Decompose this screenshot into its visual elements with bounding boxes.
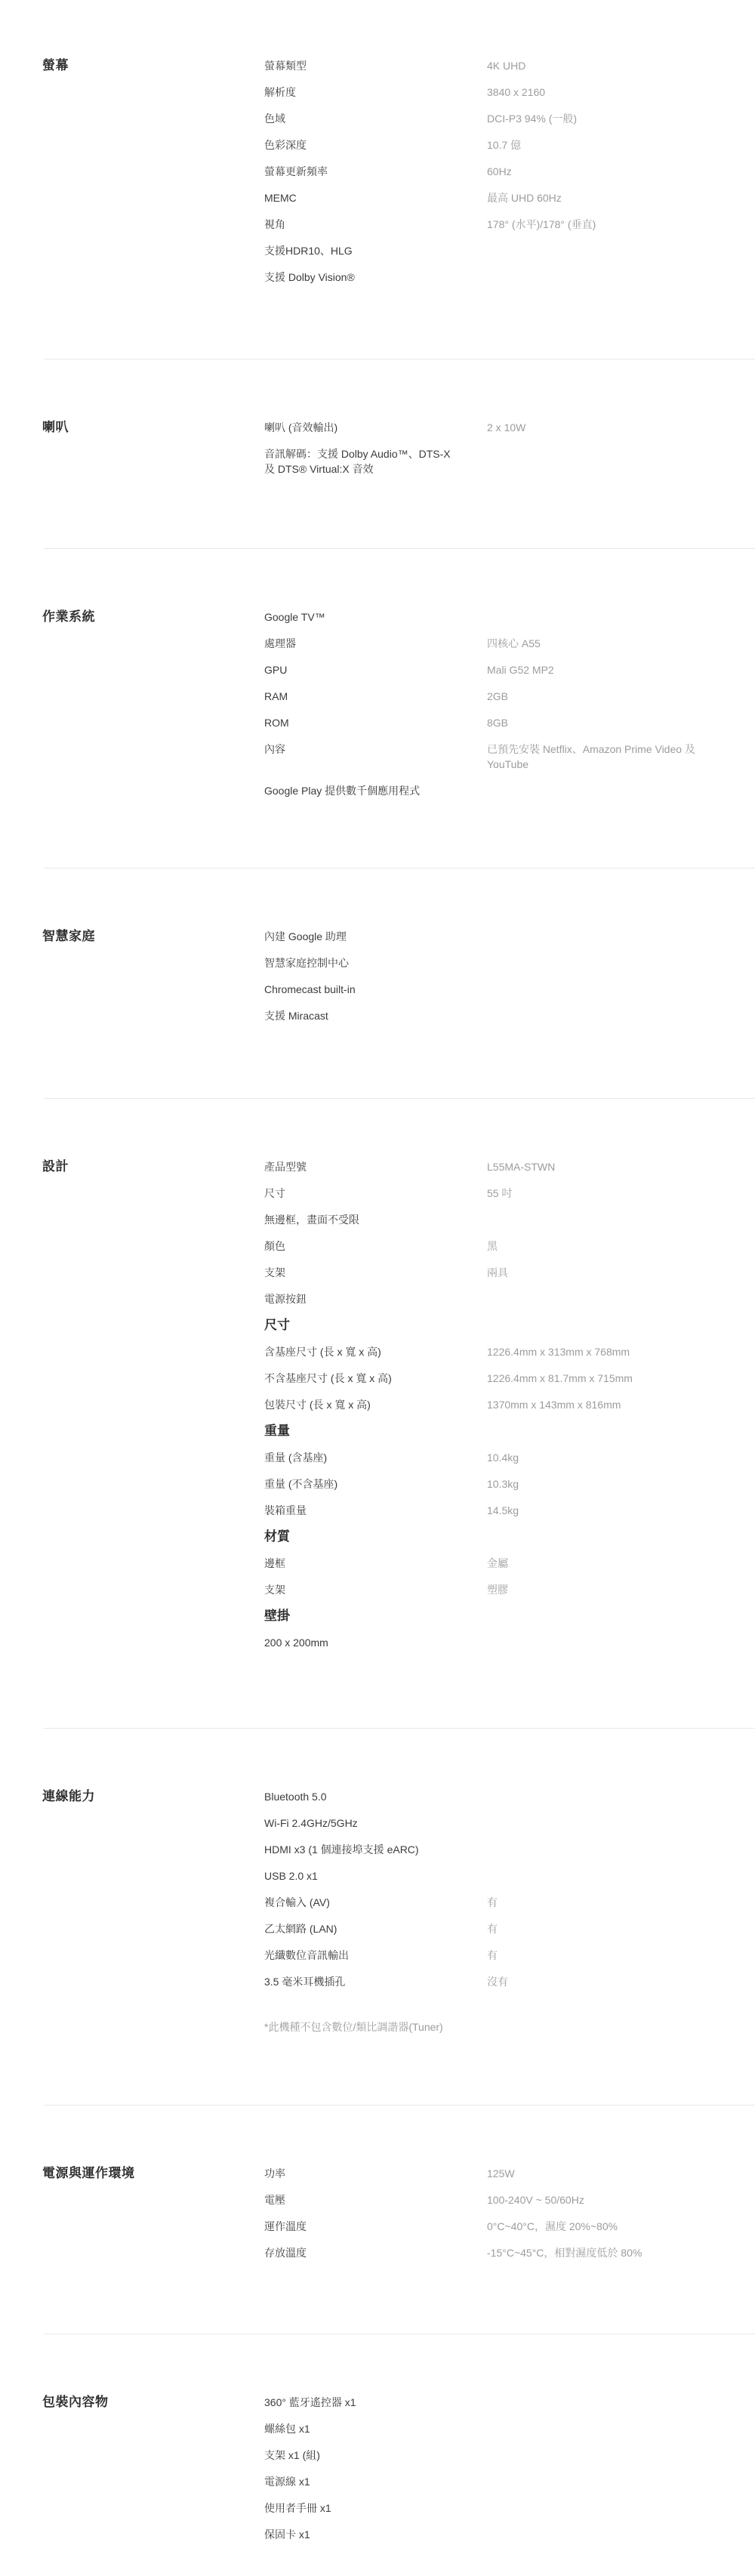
spec-value: 塑膠 bbox=[487, 1582, 713, 1597]
spec-row: 色域DCI-P3 94% (一般) bbox=[264, 111, 732, 126]
spec-label: 視角 bbox=[264, 217, 487, 232]
spec-row: 使用者手冊 x1 bbox=[264, 2500, 732, 2516]
spec-subheading-row: 壁掛 bbox=[264, 1609, 732, 1624]
spec-value: 1370mm x 143mm x 816mm bbox=[487, 1397, 713, 1412]
spec-value: 1226.4mm x 313mm x 768mm bbox=[487, 1344, 713, 1359]
spec-value: 已預先安裝 Netflix、Amazon Prime Video 及 YouTu… bbox=[487, 742, 713, 772]
spec-row: Google Play 提供數千個應用程式 bbox=[264, 783, 732, 798]
spec-row: Wi-Fi 2.4GHz/5GHz bbox=[264, 1816, 732, 1831]
section-connectivity: 連線能力Bluetooth 5.0Wi-Fi 2.4GHz/5GHzHDMI x… bbox=[0, 1729, 755, 2105]
spec-label: RAM bbox=[264, 689, 487, 704]
spec-row: 支架塑膠 bbox=[264, 1582, 732, 1597]
spec-value: 100-240V ~ 50/60Hz bbox=[487, 2192, 713, 2207]
spec-label: 重量 (含基座) bbox=[264, 1450, 487, 1465]
spec-label: 使用者手冊 x1 bbox=[264, 2500, 487, 2516]
spec-value: 60Hz bbox=[487, 164, 713, 179]
section-package-contents: 包裝內容物360° 藍牙遙控器 x1螺絲包 x1支架 x1 (組)電源線 x1使… bbox=[0, 2334, 755, 2570]
spec-row: 支架 x1 (組) bbox=[264, 2448, 732, 2463]
spec-label: 功率 bbox=[264, 2166, 487, 2181]
spec-label: 乙太網路 (LAN) bbox=[264, 1921, 487, 1936]
spec-label: 支援 Miracast bbox=[264, 1008, 487, 1023]
spec-label: 螢幕類型 bbox=[264, 58, 487, 73]
spec-label: 包裝尺寸 (長 x 寬 x 高) bbox=[264, 1397, 487, 1412]
section-title: 螢幕 bbox=[42, 58, 69, 73]
spec-row: Chromecast built-in bbox=[264, 982, 732, 997]
spec-value: 3840 x 2160 bbox=[487, 85, 713, 100]
spec-subheading: 材質 bbox=[264, 1529, 290, 1544]
spec-value: 最高 UHD 60Hz bbox=[487, 190, 713, 205]
spec-value: 1226.4mm x 81.7mm x 715mm bbox=[487, 1371, 713, 1386]
spec-label: 含基座尺寸 (長 x 寬 x 高) bbox=[264, 1344, 487, 1359]
spec-label: 內建 Google 助理 bbox=[264, 929, 487, 944]
spec-row: 無邊框，畫面不受限 bbox=[264, 1212, 732, 1227]
spec-value: 178° (水平)/178° (垂直) bbox=[487, 217, 713, 232]
spec-value: 金屬 bbox=[487, 1556, 713, 1571]
spec-value: 0°C~40°C，濕度 20%~80% bbox=[487, 2219, 713, 2234]
spec-value: 四核心 A55 bbox=[487, 636, 713, 651]
spec-label: Bluetooth 5.0 bbox=[264, 1789, 487, 1804]
spec-rows: Bluetooth 5.0Wi-Fi 2.4GHz/5GHzHDMI x3 (1… bbox=[264, 1789, 732, 2035]
spec-rows: 內建 Google 助理智慧家庭控制中心Chromecast built-in支… bbox=[264, 929, 732, 1023]
spec-label: 螢幕更新頻率 bbox=[264, 164, 487, 179]
spec-label: Google Play 提供數千個應用程式 bbox=[264, 783, 487, 798]
spec-label: 裝箱重量 bbox=[264, 1503, 487, 1518]
spec-rows: 360° 藍牙遙控器 x1螺絲包 x1支架 x1 (組)電源線 x1使用者手冊 … bbox=[264, 2395, 732, 2542]
spec-row: 保固卡 x1 bbox=[264, 2527, 732, 2542]
section-title: 設計 bbox=[42, 1159, 69, 1174]
spec-subheading-row: 尺寸 bbox=[264, 1318, 732, 1333]
spec-value: 黑 bbox=[487, 1239, 713, 1254]
spec-label: 支援 Dolby Vision® bbox=[264, 270, 487, 285]
spec-label: ROM bbox=[264, 715, 487, 730]
spec-row: 電源按鈕 bbox=[264, 1291, 732, 1307]
section-os: 作業系統Google TV™處理器四核心 A55GPUMali G52 MP2R… bbox=[0, 549, 755, 868]
spec-row: RAM2GB bbox=[264, 689, 732, 704]
spec-label: 200 x 200mm bbox=[264, 1635, 487, 1650]
spec-row: 複合輸入 (AV)有 bbox=[264, 1895, 732, 1910]
spec-label: 光纖數位音訊輸出 bbox=[264, 1948, 487, 1963]
spec-label: 電源按鈕 bbox=[264, 1291, 487, 1307]
spec-row: 內建 Google 助理 bbox=[264, 929, 732, 944]
section-speaker: 喇叭喇叭 (音效輸出)2 x 10W音訊解碼：支援 Dolby Audio™、D… bbox=[0, 359, 755, 548]
spec-value: 125W bbox=[487, 2166, 713, 2181]
section-design: 設計產品型號L55MA-STWN尺寸55 吋無邊框，畫面不受限顏色黑支架兩具電源… bbox=[0, 1099, 755, 1728]
spec-label: 360° 藍牙遙控器 x1 bbox=[264, 2395, 487, 2410]
spec-value: DCI-P3 94% (一般) bbox=[487, 111, 713, 126]
spec-rows: 喇叭 (音效輸出)2 x 10W音訊解碼：支援 Dolby Audio™、DTS… bbox=[264, 420, 732, 477]
spec-label: 支援HDR10、HLG bbox=[264, 243, 487, 258]
spec-row: Google TV™ bbox=[264, 609, 732, 625]
spec-label: 保固卡 x1 bbox=[264, 2527, 487, 2542]
spec-subheading: 壁掛 bbox=[264, 1609, 290, 1624]
footnote: *此機種不包含數位/類比調諧器(Tuner) bbox=[264, 2019, 732, 2035]
spec-label: 3.5 毫米耳機插孔 bbox=[264, 1974, 487, 1989]
spec-label: Wi-Fi 2.4GHz/5GHz bbox=[264, 1816, 487, 1831]
spec-value: 8GB bbox=[487, 715, 713, 730]
spec-value: 有 bbox=[487, 1921, 713, 1936]
spec-row: MEMC最高 UHD 60Hz bbox=[264, 190, 732, 205]
spec-row: 支援 Miracast bbox=[264, 1008, 732, 1023]
spec-label: 色彩深度 bbox=[264, 137, 487, 153]
spec-label: 音訊解碼：支援 Dolby Audio™、DTS-X 及 DTS® Virtua… bbox=[264, 446, 487, 477]
spec-subheading: 尺寸 bbox=[264, 1318, 290, 1333]
spec-row: 色彩深度10.7 億 bbox=[264, 137, 732, 153]
spec-label: 複合輸入 (AV) bbox=[264, 1895, 487, 1910]
spec-subheading-row: 重量 bbox=[264, 1424, 732, 1439]
section-smart-home: 智慧家庭內建 Google 助理智慧家庭控制中心Chromecast built… bbox=[0, 868, 755, 1098]
spec-row: 包裝尺寸 (長 x 寬 x 高)1370mm x 143mm x 816mm bbox=[264, 1397, 732, 1412]
spec-value: 10.3kg bbox=[487, 1476, 713, 1492]
spec-row: 螢幕更新頻率60Hz bbox=[264, 164, 732, 179]
spec-row: 智慧家庭控制中心 bbox=[264, 955, 732, 970]
spec-label: MEMC bbox=[264, 190, 487, 205]
spec-subheading-row: 材質 bbox=[264, 1529, 732, 1544]
spec-row: 運作溫度0°C~40°C，濕度 20%~80% bbox=[264, 2219, 732, 2234]
spec-label: 邊框 bbox=[264, 1556, 487, 1571]
spec-row: 視角178° (水平)/178° (垂直) bbox=[264, 217, 732, 232]
section-title: 作業系統 bbox=[42, 609, 95, 625]
spec-row: 音訊解碼：支援 Dolby Audio™、DTS-X 及 DTS® Virtua… bbox=[264, 446, 732, 477]
spec-label: 處理器 bbox=[264, 636, 487, 651]
section-title: 包裝內容物 bbox=[42, 2395, 109, 2410]
spec-label: 尺寸 bbox=[264, 1186, 487, 1201]
section-title: 喇叭 bbox=[42, 420, 69, 435]
spec-row: 不含基座尺寸 (長 x 寬 x 高)1226.4mm x 81.7mm x 71… bbox=[264, 1371, 732, 1386]
spec-row: 內容已預先安裝 Netflix、Amazon Prime Video 及 You… bbox=[264, 742, 732, 772]
spec-row: 功率125W bbox=[264, 2166, 732, 2181]
spec-sheet: 螢幕螢幕類型4K UHD解析度3840 x 2160色域DCI-P3 94% (… bbox=[0, 0, 755, 2570]
spec-subheading: 重量 bbox=[264, 1424, 290, 1439]
spec-row: 電壓100-240V ~ 50/60Hz bbox=[264, 2192, 732, 2207]
spec-row: 支援 Dolby Vision® bbox=[264, 270, 732, 285]
spec-value: 10.4kg bbox=[487, 1450, 713, 1465]
spec-label: 電壓 bbox=[264, 2192, 487, 2207]
section-title: 智慧家庭 bbox=[42, 929, 95, 944]
spec-label: 喇叭 (音效輸出) bbox=[264, 420, 487, 435]
spec-row: 支架兩具 bbox=[264, 1265, 732, 1280]
section-screen: 螢幕螢幕類型4K UHD解析度3840 x 2160色域DCI-P3 94% (… bbox=[0, 0, 755, 359]
spec-label: 色域 bbox=[264, 111, 487, 126]
spec-rows: Google TV™處理器四核心 A55GPUMali G52 MP2RAM2G… bbox=[264, 609, 732, 798]
spec-label: 解析度 bbox=[264, 85, 487, 100]
spec-row: 邊框金屬 bbox=[264, 1556, 732, 1571]
spec-row: 含基座尺寸 (長 x 寬 x 高)1226.4mm x 313mm x 768m… bbox=[264, 1344, 732, 1359]
spec-row: GPUMali G52 MP2 bbox=[264, 662, 732, 677]
spec-value: 兩具 bbox=[487, 1265, 713, 1280]
spec-row: ROM8GB bbox=[264, 715, 732, 730]
spec-label: 運作溫度 bbox=[264, 2219, 487, 2234]
spec-row: 處理器四核心 A55 bbox=[264, 636, 732, 651]
spec-row: 重量 (含基座)10.4kg bbox=[264, 1450, 732, 1465]
spec-label: 存放溫度 bbox=[264, 2245, 487, 2260]
spec-row: 乙太網路 (LAN)有 bbox=[264, 1921, 732, 1936]
spec-value: L55MA-STWN bbox=[487, 1159, 713, 1174]
spec-label: GPU bbox=[264, 662, 487, 677]
spec-row: 尺寸55 吋 bbox=[264, 1186, 732, 1201]
spec-label: Chromecast built-in bbox=[264, 982, 487, 997]
spec-row: 200 x 200mm bbox=[264, 1635, 732, 1650]
spec-rows: 螢幕類型4K UHD解析度3840 x 2160色域DCI-P3 94% (一般… bbox=[264, 58, 732, 285]
spec-row: 裝箱重量14.5kg bbox=[264, 1503, 732, 1518]
spec-value: 2 x 10W bbox=[487, 420, 713, 435]
spec-label: 不含基座尺寸 (長 x 寬 x 高) bbox=[264, 1371, 487, 1386]
spec-row: 存放溫度-15°C~45°C，相對濕度低於 80% bbox=[264, 2245, 732, 2260]
spec-rows: 產品型號L55MA-STWN尺寸55 吋無邊框，畫面不受限顏色黑支架兩具電源按鈕… bbox=[264, 1159, 732, 1650]
spec-value: 14.5kg bbox=[487, 1503, 713, 1518]
spec-label: USB 2.0 x1 bbox=[264, 1868, 487, 1883]
spec-label: 無邊框，畫面不受限 bbox=[264, 1212, 487, 1227]
spec-row: 螺絲包 x1 bbox=[264, 2421, 732, 2436]
spec-value: 有 bbox=[487, 1895, 713, 1910]
spec-value: 4K UHD bbox=[487, 58, 713, 73]
spec-value: 55 吋 bbox=[487, 1186, 713, 1201]
spec-value: 2GB bbox=[487, 689, 713, 704]
spec-label: 支架 bbox=[264, 1582, 487, 1597]
spec-value: Mali G52 MP2 bbox=[487, 662, 713, 677]
spec-label: 支架 x1 (組) bbox=[264, 2448, 487, 2463]
spec-label: 內容 bbox=[264, 742, 487, 757]
spec-row: 支援HDR10、HLG bbox=[264, 243, 732, 258]
spec-row: 重量 (不含基座)10.3kg bbox=[264, 1476, 732, 1492]
spec-row: 顏色黑 bbox=[264, 1239, 732, 1254]
spec-rows: 功率125W電壓100-240V ~ 50/60Hz運作溫度0°C~40°C，濕… bbox=[264, 2166, 732, 2260]
spec-row: 喇叭 (音效輸出)2 x 10W bbox=[264, 420, 732, 435]
spec-row: 光纖數位音訊輸出有 bbox=[264, 1948, 732, 1963]
spec-row: 產品型號L55MA-STWN bbox=[264, 1159, 732, 1174]
spec-label: 螺絲包 x1 bbox=[264, 2421, 487, 2436]
spec-value: -15°C~45°C，相對濕度低於 80% bbox=[487, 2245, 713, 2260]
spec-row: 電源線 x1 bbox=[264, 2474, 732, 2489]
spec-row: USB 2.0 x1 bbox=[264, 1868, 732, 1883]
spec-row: 360° 藍牙遙控器 x1 bbox=[264, 2395, 732, 2410]
section-title: 連線能力 bbox=[42, 1789, 95, 1804]
spec-row: 解析度3840 x 2160 bbox=[264, 85, 732, 100]
spec-row: 3.5 毫米耳機插孔沒有 bbox=[264, 1974, 732, 1989]
spec-label: Google TV™ bbox=[264, 609, 487, 625]
spec-label: 支架 bbox=[264, 1265, 487, 1280]
spec-label: 智慧家庭控制中心 bbox=[264, 955, 487, 970]
spec-label: HDMI x3 (1 個連接埠支援 eARC) bbox=[264, 1842, 487, 1857]
section-power-environment: 電源與運作環境功率125W電壓100-240V ~ 50/60Hz運作溫度0°C… bbox=[0, 2106, 755, 2334]
spec-label: 電源線 x1 bbox=[264, 2474, 487, 2489]
spec-value: 沒有 bbox=[487, 1974, 713, 1989]
spec-row: 螢幕類型4K UHD bbox=[264, 58, 732, 73]
spec-label: 產品型號 bbox=[264, 1159, 487, 1174]
spec-label: 重量 (不含基座) bbox=[264, 1476, 487, 1492]
section-title: 電源與運作環境 bbox=[42, 2166, 135, 2181]
spec-row: Bluetooth 5.0 bbox=[264, 1789, 732, 1804]
spec-row: HDMI x3 (1 個連接埠支援 eARC) bbox=[264, 1842, 732, 1857]
spec-label: 顏色 bbox=[264, 1239, 487, 1254]
spec-value: 10.7 億 bbox=[487, 137, 713, 153]
spec-value: 有 bbox=[487, 1948, 713, 1963]
